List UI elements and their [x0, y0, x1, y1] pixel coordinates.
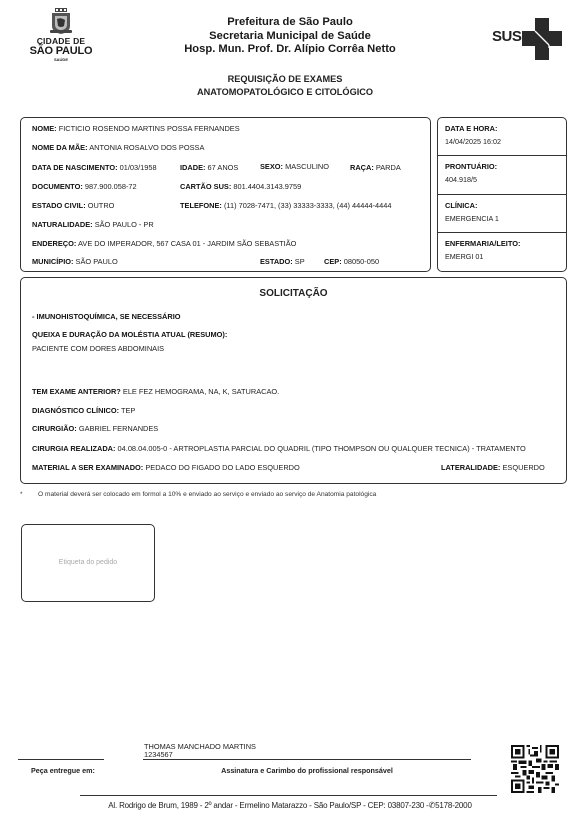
note-bullet: * [20, 491, 38, 498]
field-municipio: MUNICÍPIO: SÃO PAULO [32, 257, 118, 266]
sus-cross-icon [522, 18, 562, 60]
field-diagnostico: DIAGNÓSTICO CLÍNICO: TEP [32, 406, 135, 415]
field-telefone: TELEFONE: (11) 7028-7471, (33) 33333-333… [180, 201, 391, 210]
patient-info-box: NOME: FICTICIO ROSENDO MARTINS POSSA FER… [20, 117, 431, 272]
footer-address: Al. Rodrigo de Brum, 1989 - 2º andar - E… [95, 800, 486, 811]
city-logo-line2: SÃO PAULO [26, 46, 96, 57]
field-lateralidade: LATERALIDADE: ESQUERDO [441, 463, 545, 472]
footer-address-text: Al. Rodrigo de Brum, 1989 - 2º andar - E… [108, 800, 428, 810]
document-title: REQUISIÇÃO DE EXAMES ANATOMOPATOLÓGICO E… [150, 73, 420, 99]
clinica-label: CLÍNICA: [445, 201, 477, 210]
field-cirurgia-realizada: CIRURGIA REALIZADA: 04.08.04.005-0 - ART… [32, 444, 564, 453]
org-line-secretaria: Secretaria Municipal de Saúde [150, 30, 430, 44]
org-line-hospital: Hosp. Mun. Prof. Dr. Alípio Corrêa Netto [150, 43, 430, 57]
footer-divider [80, 795, 497, 796]
cell-clinica: CLÍNICA: EMERGENCIA 1 [438, 195, 566, 233]
admission-info-box: DATA E HORA: 14/04/2025 16:02 PRONTUÁRIO… [437, 117, 567, 272]
enfermaria-label: ENFERMARIA/LEITO: [445, 239, 520, 248]
material-note: *O material deverá ser colocado em formo… [20, 491, 376, 498]
field-sexo: SEXO: MASCULINO [260, 162, 329, 171]
prontuario-value: 404.918/5 [445, 175, 477, 184]
queixa-value: PACIENTE COM DORES ABDOMINAIS [32, 344, 164, 353]
organization-header: Prefeitura de São Paulo Secretaria Munic… [150, 16, 430, 57]
field-idade: IDADE: 67 ANOS [180, 163, 238, 172]
cell-data-hora: DATA E HORA: 14/04/2025 16:02 [438, 118, 566, 156]
document-title-line2: ANATOMOPATOLÓGICO E CITOLÓGICO [150, 86, 420, 99]
sus-logo: SUS [492, 18, 562, 60]
field-nome-mae: NOME DA MÃE: ANTONIA ROSALVO DOS POSSA [32, 143, 204, 152]
peca-signature-line [18, 759, 104, 760]
footer-phone: 5178-2000 [435, 800, 472, 810]
field-data-nascimento: DATA DE NASCIMENTO: 01/03/1958 [32, 163, 157, 172]
field-estado-civil: ESTADO CIVIL: OUTRO [32, 201, 114, 210]
request-box: SOLICITAÇÃO - IMUNOHISTOQUÍMICA, SE NECE… [20, 277, 567, 484]
field-raca: RAÇA: PARDA [350, 163, 401, 172]
document-title-line1: REQUISIÇÃO DE EXAMES [150, 73, 420, 86]
city-crest-icon [50, 8, 72, 36]
org-line-prefeitura: Prefeitura de São Paulo [150, 16, 430, 30]
professional-signature: THOMAS MANCHADO MARTINS 1234567 [144, 743, 256, 758]
queixa-label: QUEIXA E DURAÇÃO DA MOLÉSTIA ATUAL (RESU… [32, 330, 227, 339]
city-logo-line3: SAÚDE [26, 57, 96, 62]
field-documento: DOCUMENTO: 987.900.058-72 [32, 182, 137, 191]
prontuario-label: PRONTUÁRIO: [445, 162, 497, 171]
assinatura-label: Assinatura e Carimbo do profissional res… [144, 766, 470, 775]
field-estado: ESTADO: SP [260, 257, 305, 266]
field-cirurgiao: CIRURGIÃO: GABRIEL FERNANDES [32, 424, 158, 433]
field-material: MATERIAL A SER EXAMINADO: PEDACO DO FIGA… [32, 463, 300, 472]
data-hora-label: DATA E HORA: [445, 124, 497, 133]
order-label-placeholder: Etiqueta do pedido [22, 559, 154, 566]
city-logo: CIDADE DE SÃO PAULO SAÚDE [26, 8, 96, 62]
peca-entregue-label: Peça entregue em: [31, 766, 95, 775]
field-nome: NOME: FICTICIO ROSENDO MARTINS POSSA FER… [32, 124, 240, 133]
qr-code-icon [511, 745, 559, 793]
professional-signature-line [143, 759, 471, 760]
note-text: O material deverá ser colocado em formol… [38, 491, 376, 498]
field-cartao-sus: CARTÃO SUS: 801.4404.3143.9759 [180, 182, 301, 191]
field-naturalidade: NATURALIDADE: SÃO PAULO - PR [32, 220, 154, 229]
data-hora-value: 14/04/2025 16:02 [445, 137, 501, 146]
request-item: - IMUNOHISTOQUÍMICA, SE NECESSÁRIO [32, 312, 181, 321]
professional-id: 1234567 [144, 751, 256, 759]
order-label-box: Etiqueta do pedido [21, 524, 155, 602]
cell-prontuario: PRONTUÁRIO: 404.918/5 [438, 156, 566, 195]
clinica-value: EMERGENCIA 1 [445, 214, 499, 223]
field-exame-anterior: TEM EXAME ANTERIOR? ELE FEZ HEMOGRAMA, N… [32, 387, 279, 396]
field-cep: CEP: 08050-050 [324, 257, 379, 266]
sus-logo-text: SUS [492, 28, 521, 45]
field-endereco: ENDEREÇO: AVE DO IMPERADOR, 567 CASA 01 … [32, 239, 296, 248]
cell-enfermaria-leito: ENFERMARIA/LEITO: EMERGI 01 [438, 233, 566, 271]
request-title: SOLICITAÇÃO [21, 288, 566, 299]
enfermaria-value: EMERGI 01 [445, 252, 483, 261]
